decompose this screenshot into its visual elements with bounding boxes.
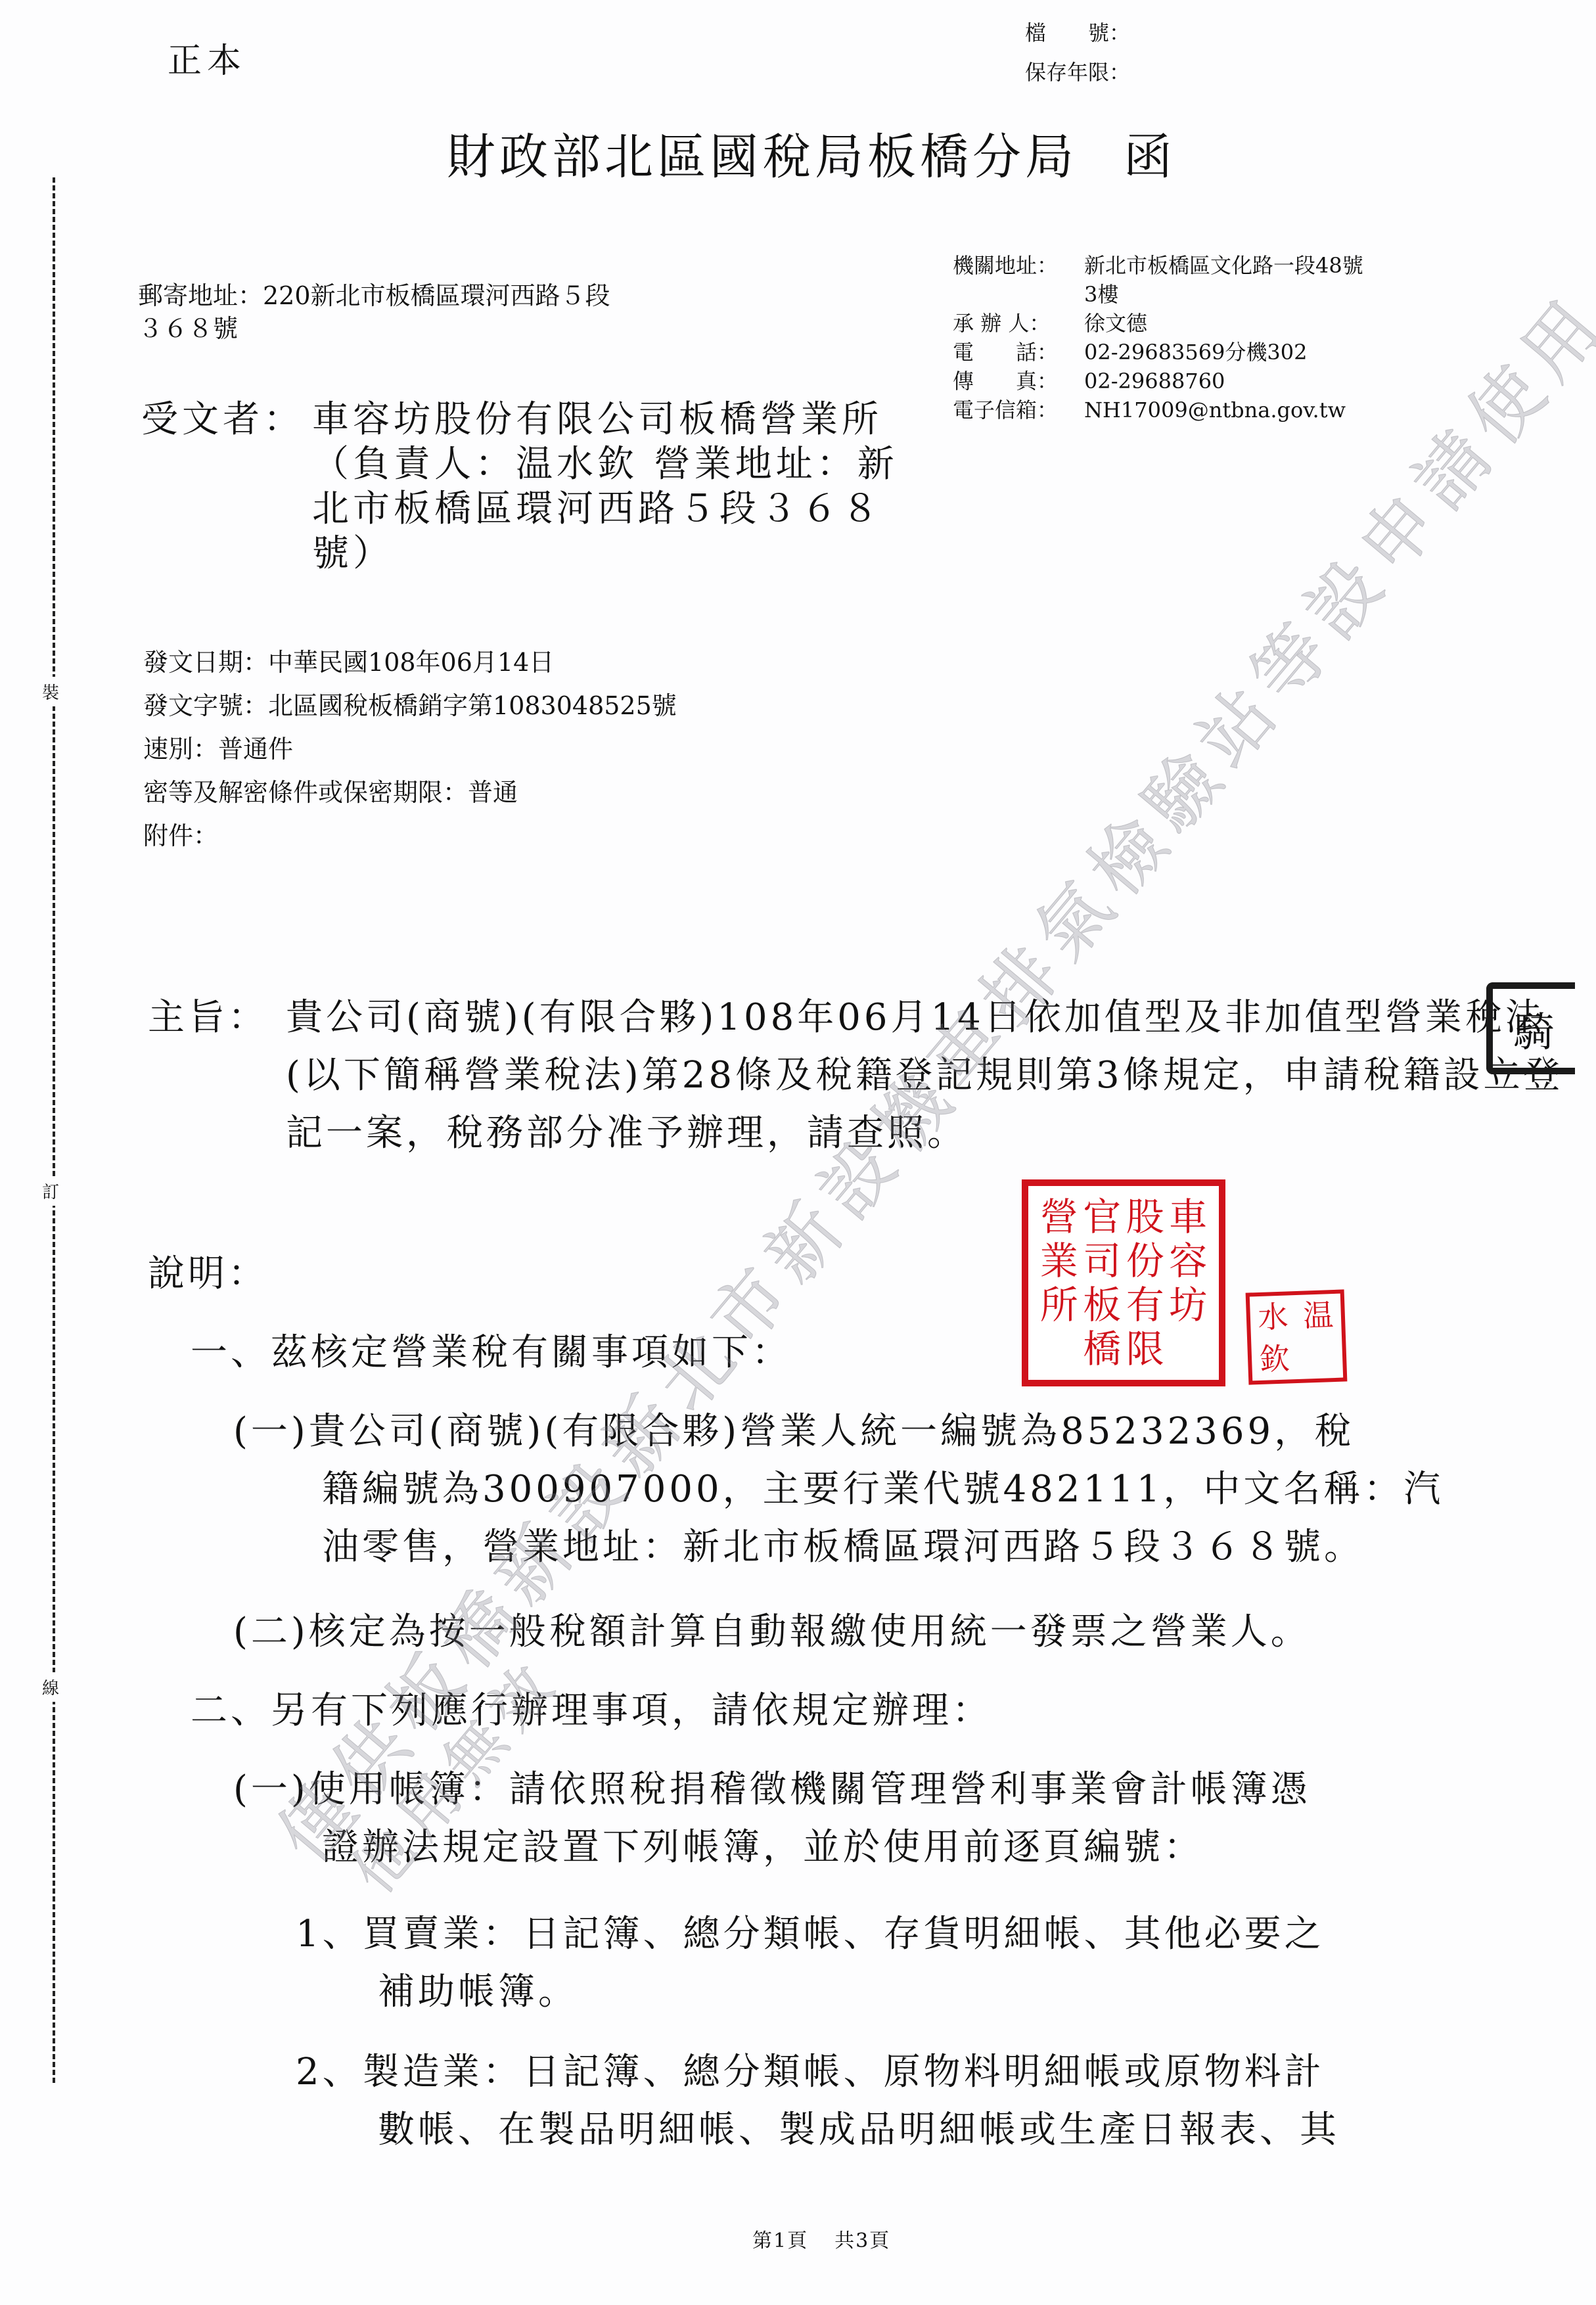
file-number-row: 檔 號： <box>1025 13 1130 53</box>
ledger-list-item-2-first: 2、製造業：日記簿、總分類帳、原物料明細帳或原物料計 <box>296 2043 1465 2101</box>
ledger-list-item-2: 2、製造業：日記簿、總分類帳、原物料明細帳或原物料計 數帳、在製品明細帳、製成品… <box>296 2043 1465 2159</box>
seal-char: 車 <box>1167 1198 1210 1236</box>
retention-row: 保存年限： <box>1025 53 1130 92</box>
seal-char: 温 <box>1295 1300 1342 1331</box>
recipient-value: 車容坊股份有限公司板橋營業所（負責人：温水欽 營業地址：新北市板橋區環河西路５段… <box>312 398 903 576</box>
issue-number-label: 發文字號： <box>143 691 268 720</box>
phone-label: 電 話： <box>953 338 1084 367</box>
recipient-label: 受文者： <box>141 398 312 442</box>
retention-label: 保存年限： <box>1025 60 1130 85</box>
org-address-cont-label <box>953 280 1084 309</box>
recipient: 受文者：車容坊股份有限公司板橋營業所（負責人：温水欽 營業地址：新北市板橋區環河… <box>141 398 903 576</box>
urgency-label: 速別： <box>143 735 218 764</box>
seal-char: 營 <box>1037 1198 1081 1236</box>
org-info: 機關地址：新北市板橋區文化路一段48號 3樓 承 辦 人：徐文德 電 話：02-… <box>953 251 1363 424</box>
org-address-value: 新北市板橋區文化路一段48號 <box>1084 251 1363 280</box>
binding-line <box>53 177 55 2083</box>
seal-char: 官 <box>1081 1198 1124 1236</box>
mailing-address-line2: ３６８號 <box>138 312 610 345</box>
seal-char: 限 <box>1124 1330 1167 1368</box>
seal-char: 份 <box>1124 1242 1167 1280</box>
document-kind: 函 <box>1124 129 1176 185</box>
binding-mark-ding: 訂 <box>42 1176 59 1206</box>
phone-value: 02-29683569分機302 <box>1084 338 1308 367</box>
seal-char: 容 <box>1167 1242 1210 1280</box>
email-value: NH17009@ntbna.gov.tw <box>1084 396 1346 424</box>
agency-name: 財政部北區國稅局板橋分局 <box>447 129 1078 185</box>
ledger-list-item-2-rest: 數帳、在製品明細帳、製成品明細帳或生產日報表、其 <box>296 2101 1465 2159</box>
mailing-address-line1: 郵寄地址：220新北市板橋區環河西路５段 <box>138 279 610 312</box>
copy-mark: 正本 <box>168 33 246 82</box>
fax-value: 02-29688760 <box>1084 367 1225 396</box>
file-meta: 檔 號： 保存年限： <box>1025 13 1130 92</box>
issue-date-row: 發文日期：中華民國108年06月14日 <box>143 641 677 684</box>
ledger-list-item-1-rest: 補助帳簿。 <box>296 1963 1465 2021</box>
handler-value: 徐文德 <box>1084 309 1147 338</box>
page-total: 共3頁 <box>834 2229 890 2252</box>
binding-mark-zhuang: 裝 <box>42 677 59 706</box>
seal-char: 欽 <box>1251 1343 1298 1375</box>
page-footer: 第1頁共3頁 <box>752 2224 890 2253</box>
org-address-label: 機關地址： <box>953 251 1084 280</box>
explanation-item-1-sub-1: (一)貴公司(商號)(有限合夥)營業人統一編號為85232369，稅 籍編號為3… <box>233 1403 1469 1576</box>
file-number-label: 檔 號： <box>1025 20 1130 45</box>
issue-number-row: 發文字號：北區國稅板橋銷字第1083048525號 <box>143 684 677 727</box>
classification-row: 密等及解密條件或保密期限：普通 <box>143 771 677 814</box>
explanation-label: 說明： <box>148 1245 268 1303</box>
attachment-row: 附件： <box>143 814 677 857</box>
company-seal: 營 官 股 車 業 司 份 容 所 板 有 坊 橋 限 <box>1022 1179 1225 1386</box>
seal-char: 業 <box>1037 1242 1081 1280</box>
seal-char: 坊 <box>1167 1286 1210 1324</box>
issue-number-value: 北區國稅板橋銷字第1083048525號 <box>268 691 677 720</box>
seal-char: 橋 <box>1081 1330 1124 1368</box>
ledger-list-item-1: 1、買賣業：日記簿、總分類帳、存貨明細帳、其他必要之 補助帳簿。 <box>296 1906 1465 2021</box>
seal-char: 水 <box>1250 1301 1296 1333</box>
issue-date-label: 發文日期： <box>143 648 268 677</box>
ride-seal-icon: 騎 <box>1486 982 1575 1074</box>
urgency-value: 普通件 <box>218 735 293 764</box>
subject-label: 主旨： <box>148 989 286 1047</box>
sub-1-1-rest: 籍編號為300907000，主要行業代號482111，中文名稱：汽油零售，營業地… <box>233 1461 1469 1576</box>
seal-char: 司 <box>1081 1242 1124 1280</box>
email-label: 電子信箱： <box>953 396 1084 424</box>
document-title: 財政部北區國稅局板橋分局函 <box>447 118 1176 188</box>
urgency-row: 速別：普通件 <box>143 727 677 771</box>
fax-label: 傳 真： <box>953 367 1084 396</box>
seal-char: 所 <box>1037 1286 1081 1324</box>
binding-mark-xian: 線 <box>42 1672 59 1702</box>
seal-char <box>1297 1357 1342 1358</box>
seal-char: 板 <box>1081 1286 1124 1324</box>
explanation-item-2: 二、另有下列應行辦理事項，請依規定辦理： <box>191 1682 992 1740</box>
sub-1-1-first-line: (一)貴公司(商號)(有限合夥)營業人統一編號為85232369，稅 <box>233 1403 1469 1461</box>
classification-value: 普通 <box>468 778 518 807</box>
attachment-label: 附件： <box>143 821 218 850</box>
page-number: 第1頁 <box>752 2229 808 2252</box>
handler-label: 承 辦 人： <box>953 309 1084 338</box>
org-address-cont: 3樓 <box>1084 280 1118 309</box>
mailing-address: 郵寄地址：220新北市板橋區環河西路５段 ３６８號 <box>138 279 610 345</box>
classification-label: 密等及解密條件或保密期限： <box>143 778 468 807</box>
ledger-list-item-1-first: 1、買賣業：日記簿、總分類帳、存貨明細帳、其他必要之 <box>296 1906 1465 1963</box>
seal-char: 股 <box>1124 1198 1167 1236</box>
issue-meta: 發文日期：中華民國108年06月14日 發文字號：北區國稅板橋銷字第108304… <box>143 641 677 857</box>
person-seal: 水 温 欽 <box>1246 1289 1348 1384</box>
issue-date-value: 中華民國108年06月14日 <box>268 648 554 677</box>
seal-char: 有 <box>1124 1286 1167 1324</box>
